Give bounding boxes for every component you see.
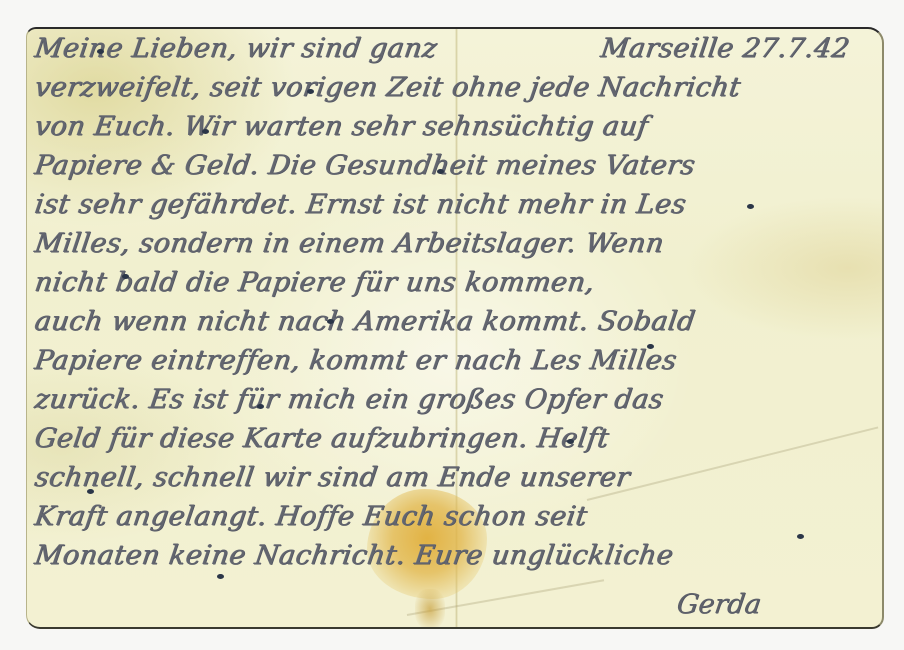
ink-blot [747,204,754,209]
letter-line-7: nicht bald die Papiere für uns kommen, [32,263,882,302]
letter-line-3: von Euch. Wir warten sehr sehnsüchtig au… [32,107,882,146]
salutation-text: Meine Lieben, wir sind ganz [33,33,439,64]
letter-line-1: Meine Lieben, wir sind ganz Marseille 27… [32,29,882,68]
letter-line-13: Kraft angelangt. Hoffe Euch schon seit [32,497,882,536]
letter-line-14: Monaten keine Nachricht. Eure unglücklic… [32,536,882,575]
ink-blot [87,489,94,494]
ink-blot [567,439,574,444]
ink-blot [647,344,654,349]
ink-blot [437,169,444,174]
letter-line-5: ist sehr gefährdet. Ernst ist nicht mehr… [32,185,882,224]
ink-blot [327,319,334,324]
postcard-scan: Meine Lieben, wir sind ganz Marseille 27… [0,0,904,650]
place-date: Marseille 27.7.42 [598,29,852,68]
ink-blot [257,404,264,409]
ink-blot [202,129,209,134]
letter-line-9: Papiere eintreffen, kommt er nach Les Mi… [32,341,882,380]
letter-line-8: auch wenn nicht nach Amerika kommt. Soba… [32,302,882,341]
ink-blot [97,49,104,54]
ink-blot [217,574,224,579]
letter-line-6: Milles, sondern in einem Arbeitslager. W… [32,224,882,263]
ink-blot [797,534,804,539]
letter-line-10: zurück. Es ist für mich ein großes Opfer… [32,380,882,419]
water-stain-tail [415,589,445,629]
postcard: Meine Lieben, wir sind ganz Marseille 27… [26,27,884,629]
signature: Gerda [675,589,763,620]
letter-line-11: Geld für diese Karte aufzubringen. Helft [32,419,882,458]
letter-line-12: schnell, schnell wir sind am Ende unsere… [32,458,882,497]
letter-body: Meine Lieben, wir sind ganz Marseille 27… [35,29,880,575]
letter-line-2: verzweifelt, seit vorigen Zeit ohne jede… [32,68,882,107]
ink-blot [122,274,129,279]
ink-blot [307,89,314,94]
letter-line-4: Papiere & Geld. Die Gesundheit meines Va… [32,146,882,185]
